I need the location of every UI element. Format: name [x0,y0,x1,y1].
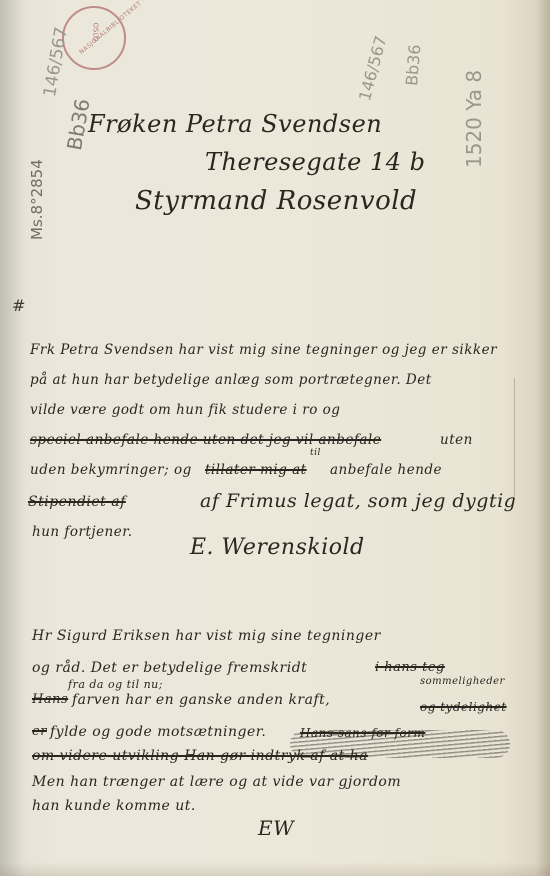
page-fold-shadow [0,0,26,876]
p2-line-2: og råd. Det er betydelige fremskridt [32,660,307,676]
p2-struck-3: og tydelighet [420,700,507,714]
margin-pencil-line [514,378,515,498]
p2-insertion: sommeligheder [420,676,505,687]
p1-insert: til [310,448,321,458]
shelfmark-right-code: Bb36 [402,44,425,87]
p2-line-1: Hr Sigurd Eriksen har vist mig sine tegn… [32,628,381,644]
p1-line-5: af Frimus legat, som jeg dygtig [200,490,516,512]
page-right-edge [536,0,550,876]
p2-insert-line: fra da og til nu; [68,678,163,691]
shelfmark-right: 146/567 [355,34,391,103]
recipient-street: Theresegate 14 b [205,148,426,176]
p1-line-6: hun fortjener. [32,524,133,540]
recipient-line3: Styrmand Rosenvold [135,186,417,216]
p2-line-4: fylde og gode motsætninger. [50,724,266,740]
left-margin-number: Ms.8°2854 [28,159,46,240]
p2-struck-1: i hans teg [375,660,445,675]
manuscript-page: NASJONALBIBLIOTEKET · KÅH · OSLO 146/567… [0,0,550,876]
stamp-center-text: OSLO [92,22,100,41]
p1-line-1: Frk Petra Svendsen har vist mig sine teg… [30,342,497,358]
initials-ew: EW [258,816,294,840]
p2-struck-6: om videre utvikling Han gør indtryk af a… [32,748,368,764]
p2-line-6: han kunde komme ut. [32,798,196,814]
p1-trailing-2: anbefale hende [330,462,442,478]
p2-struck-2: Hans [32,692,68,707]
p1-line-2: på at hun har betydelige anlæg som portr… [30,372,432,388]
p1-struck-3: Stipendiet af [28,494,126,510]
p2-line-3: farven har en ganske anden kraft, [72,692,330,708]
archive-stamp: NASJONALBIBLIOTEKET · KÅH · OSLO [62,6,126,70]
p1-struck-1: speciel anbefale hende uten det jeg vil … [30,432,381,448]
p2-struck-5: Hans sans for form [300,726,425,740]
left-margin-mark: # [12,296,25,315]
right-margin-date: 1520 Ya 8 [462,70,486,168]
shelfmark-left: 146/567 [40,25,72,98]
p1-line-4: uden bekymringer; og [30,462,192,478]
p1-struck-2: tillater mig at [205,462,307,478]
recipient-name: Frøken Petra Svendsen [88,110,382,138]
page-bottom-edge [0,862,550,876]
p2-struck-4: er [32,724,47,739]
p1-trailing-1: uten [440,432,473,448]
signature-werenskiold: E. Werenskiold [190,535,365,560]
p2-line-5: Men han trænger at lære og at vide var g… [32,774,401,790]
p1-line-3: vilde være godt om hun fik studere i ro … [30,402,340,418]
